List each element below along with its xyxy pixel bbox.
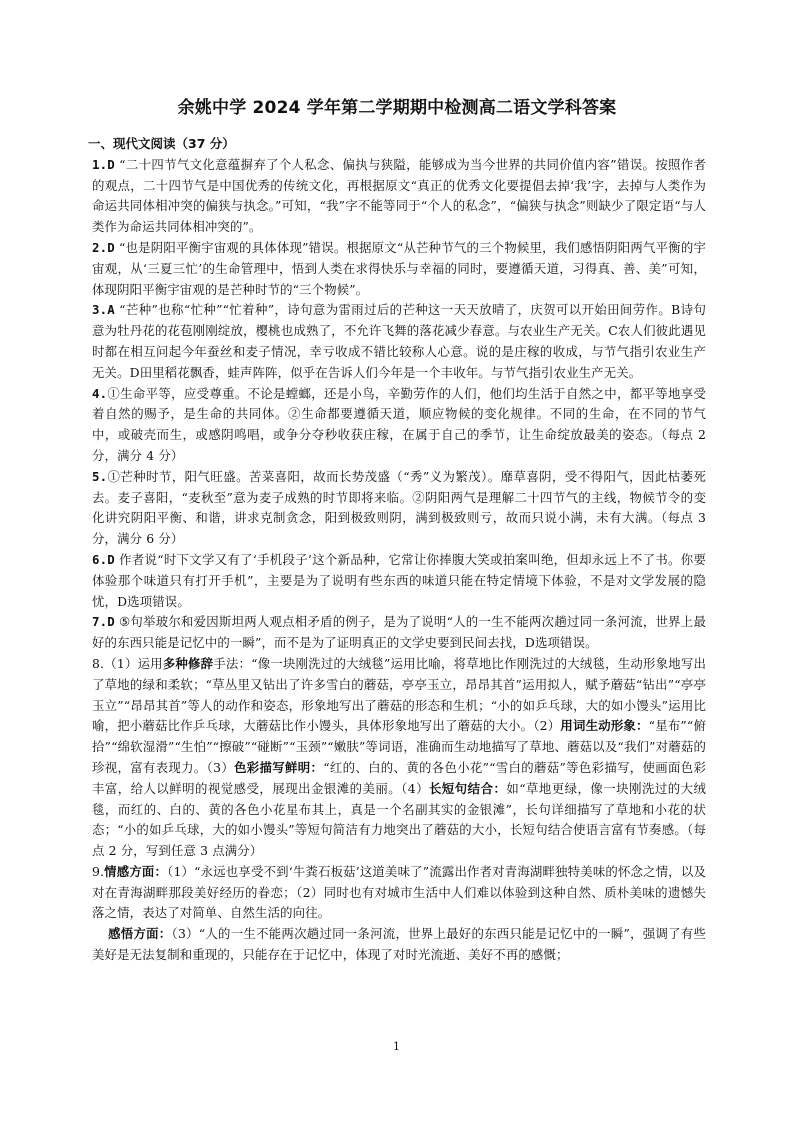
answer-2: 2.D “也是阴阳平衡宇宙观的具体体现”错误。根据原文“从芒种节气的三个物候里，… — [92, 238, 706, 300]
answer-number: 5. — [92, 469, 107, 484]
answer-number: 7.D — [92, 614, 115, 629]
answer-4: 4.①生命平等，应受尊重。不论是螳螂，还是小鸟，辛勤劳作的人们，他们均生活于自然… — [92, 384, 706, 467]
answer-text: “也是阴阳平衡宇宙观的具体体现”错误。根据原文“从芒种节气的三个物候里，我们感悟… — [92, 240, 706, 297]
answer-text: 作者说“时下文学又有了‘手机段子’这个新品种，它常让你捧腹大笑或拍案叫绝，但却永… — [92, 552, 706, 609]
answer-text: ①芒种时节，阳气旺盛。苦菜喜阳，故而长势茂盛（“秀”义为繁茂）。靡草喜阴，受不得… — [92, 469, 706, 546]
answer-text: （3）“人的一生不能两次趟过同一条河流，世界上最好的东西只能是记忆中的一瞬”，强… — [92, 926, 706, 962]
point-heading: 情感方面： — [104, 864, 167, 879]
answer-3: 3.A “芒种”也称“忙种”“忙着种”，诗句意为雷雨过后的芒种这一天天放晴了，庆… — [92, 300, 706, 383]
answer-number: 6.D — [92, 552, 115, 567]
answer-number: 9. — [92, 864, 104, 879]
point-heading: 多种修辞 — [163, 656, 214, 671]
answer-number: 8. — [92, 656, 104, 671]
document-page: 余姚中学 2024 学年第二学期期中检测高二语文学科答案 一、现代文阅读（37 … — [92, 96, 706, 966]
answer-number: 1.D — [92, 157, 115, 172]
answer-text: ①生命平等，应受尊重。不论是螳螂，还是小鸟，辛勤劳作的人们，他们均生活于自然之中… — [92, 386, 706, 463]
point-heading: 感悟方面： — [108, 926, 171, 941]
answer-number: 3.A — [92, 302, 115, 317]
answer-text: “二十四节气文化意蕴摒弃了个人私念、偏执与狭隘，能够成为当今世界的共同价值内容”… — [92, 157, 706, 234]
answer-number: 4. — [92, 386, 107, 401]
answer-9-emotion: 9.情感方面：（1）“永远也享受不到‘牛粪石板菇’这道美味了”流露出作者对青海湖… — [92, 862, 706, 924]
answer-text: （1）运用 — [104, 656, 163, 671]
point-heading: 色彩描写鲜明： — [234, 760, 323, 775]
answer-text: ⑤句举玻尔和爱因斯坦两人观点相矛盾的例子，是为了说明“人的一生不能两次趟过同一条… — [92, 614, 706, 650]
answer-1: 1.D “二十四节气文化意蕴摒弃了个人私念、偏执与狭隘，能够成为当今世界的共同价… — [92, 155, 706, 238]
answer-number: 2.D — [92, 240, 115, 255]
answer-8: 8.（1）运用多种修辞手法：“像一块刚洗过的大绒毯”运用比喻，将草地比作刚洗过的… — [92, 654, 706, 862]
answer-text: “芒种”也称“忙种”“忙着种”，诗句意为雷雨过后的芒种这一天天放晴了，庆贺可以开… — [92, 302, 706, 379]
point-heading: 长短句结合： — [429, 781, 506, 796]
document-title: 余姚中学 2024 学年第二学期期中检测高二语文学科答案 — [88, 96, 706, 120]
page-number: 1 — [0, 1040, 793, 1053]
point-heading: 用词生动形象： — [560, 718, 648, 733]
answer-text: （1）“永远也享受不到‘牛粪石板菇’这道美味了”流露出作者对青海湖畔独特美味的怀… — [92, 864, 706, 921]
answer-6: 6.D 作者说“时下文学又有了‘手机段子’这个新品种，它常让你捧腹大笑或拍案叫绝… — [92, 550, 706, 612]
answer-5: 5.①芒种时节，阳气旺盛。苦菜喜阳，故而长势茂盛（“秀”义为繁茂）。靡草喜阴，受… — [92, 467, 706, 550]
answer-9-insight: 感悟方面：（3）“人的一生不能两次趟过同一条河流，世界上最好的东西只能是记忆中的… — [92, 924, 706, 966]
answer-7: 7.D ⑤句举玻尔和爱因斯坦两人观点相矛盾的例子，是为了说明“人的一生不能两次趟… — [92, 612, 706, 654]
section-heading-modern-reading: 一、现代文阅读（37 分） — [88, 134, 706, 155]
